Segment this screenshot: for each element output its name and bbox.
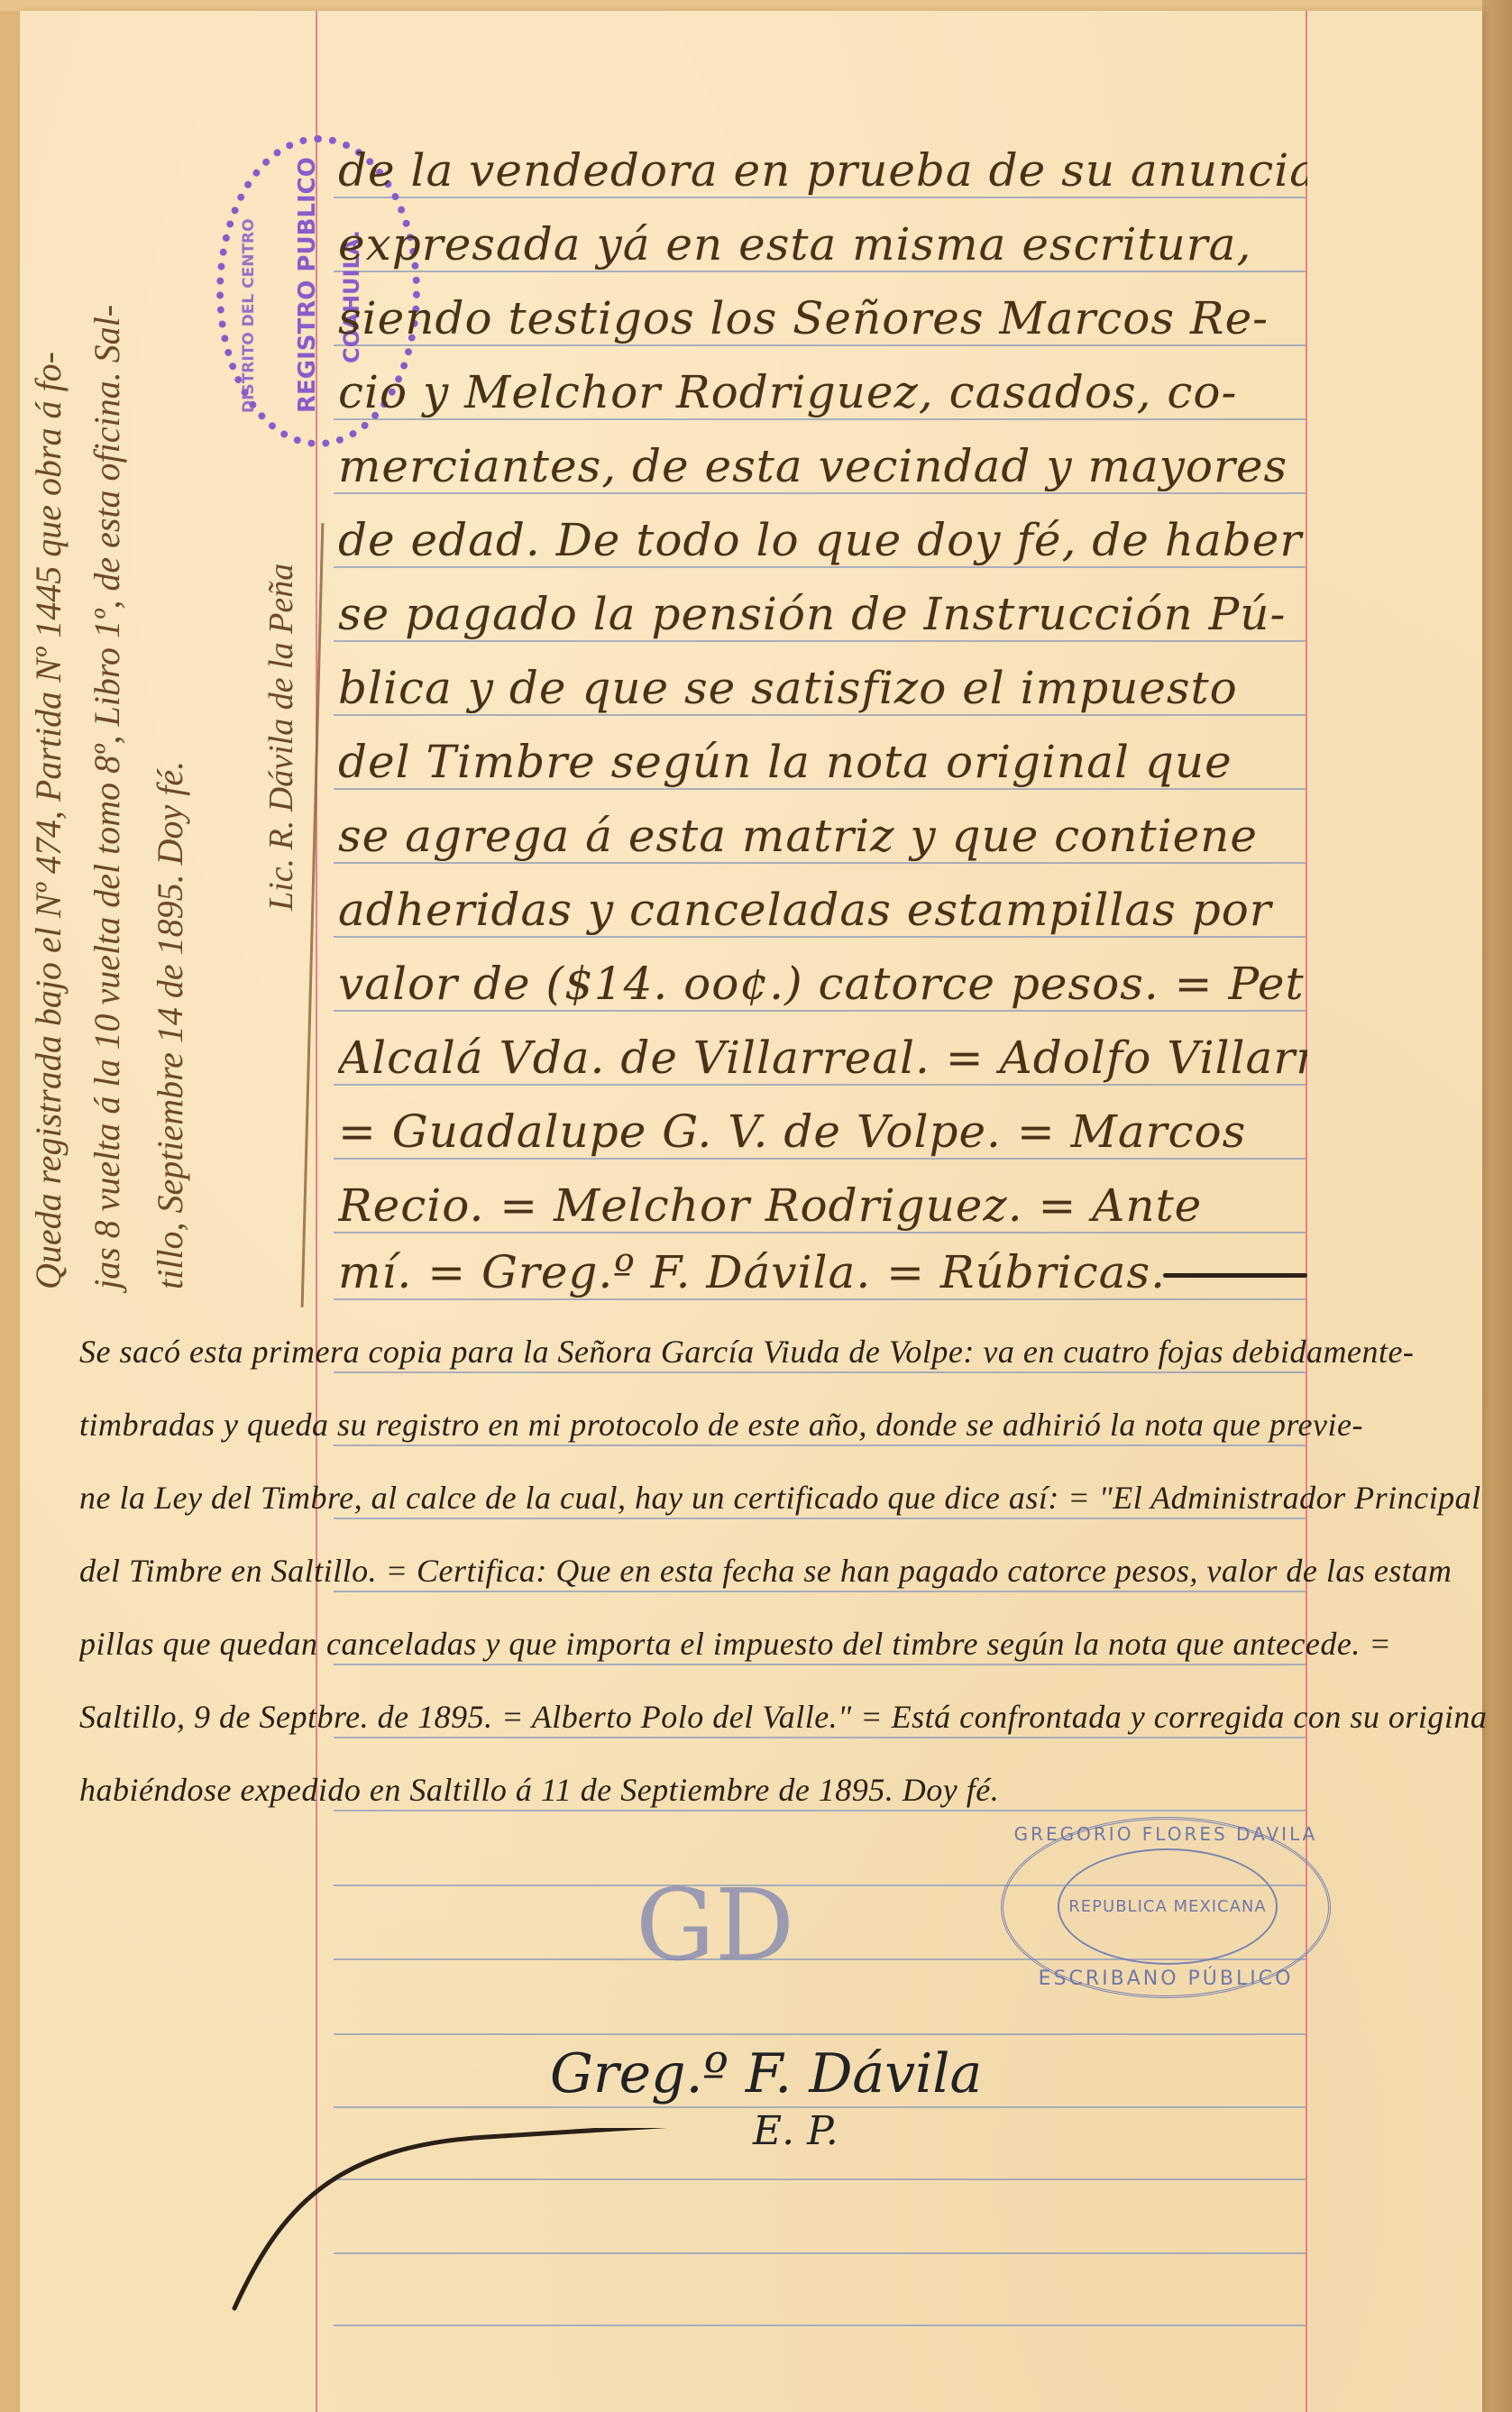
ruled-line: [334, 271, 1306, 272]
margin-note-signature: Lic. R. Dávila de la Peña: [261, 564, 301, 911]
body-line: de la vendedora en prueba de su anuncia: [338, 144, 1307, 197]
ruled-line: [334, 344, 1306, 346]
ruled-line: [334, 1084, 1306, 1086]
body-line: expresada yá en esta misma escritura,: [338, 218, 1307, 271]
notary-monogram: GD: [636, 1839, 771, 2011]
ruled-line: [334, 1737, 1306, 1738]
ruled-line: [334, 936, 1306, 938]
ruled-line: [334, 1010, 1306, 1012]
closing-line: Se sacó esta primera copia para la Señor…: [79, 1333, 1486, 1371]
ruled-line: [334, 418, 1306, 420]
ruled-line: [334, 1158, 1306, 1160]
ruled-line: [334, 1371, 1306, 1373]
ruled-line: [334, 1664, 1306, 1665]
ruled-line: [334, 492, 1306, 494]
notary-stamp-top-text: GREGORIO FLORES DAVILA: [1003, 1823, 1328, 1845]
body-line: mí. = Greg.º F. Dávila. = Rúbricas.: [338, 1246, 1307, 1298]
body-line: blica y de que se satisfizo el impuesto: [338, 662, 1307, 714]
body-line: Recio. = Melchor Rodriguez. = Ante: [338, 1179, 1307, 1232]
body-line: de edad. De todo lo que doy fé, de haber: [338, 514, 1307, 566]
closing-line: timbradas y queda su registro en mi prot…: [79, 1406, 1486, 1444]
closing-line: pillas que quedan canceladas y que impor…: [79, 1625, 1486, 1663]
margin-note-line-3: tillo, Septiembre 14 de 1895. Doy fé.: [149, 761, 191, 1289]
body-line: Alcalá Vda. de Villarreal. = Adolfo Vill…: [338, 1032, 1307, 1084]
ruled-line: [334, 1518, 1306, 1519]
body-line: del Timbre según la nota original que: [338, 736, 1307, 788]
registry-stamp-center-text: REGISTRO PUBLICO: [294, 157, 321, 413]
notary-stamp: GREGORIO FLORES DAVILA REPUBLICA MEXICAN…: [1001, 1817, 1331, 1998]
body-line: merciantes, de esta vecindad y mayores: [338, 440, 1307, 492]
notary-stamp-center: REPUBLICA MEXICANA: [1058, 1848, 1278, 1965]
closing-line: ne la Ley del Timbre, al calce de la cua…: [79, 1479, 1486, 1517]
margin-note-line-2: jas 8 vuelta á la 10 vuelta del tomo 8º,…: [86, 305, 128, 1289]
notary-signature: Greg.º F. Dávila: [550, 2042, 982, 2105]
ruled-line: [334, 2033, 1306, 2035]
ruled-line: [334, 1298, 1306, 1300]
body-line: siendo testigos los Señores Marcos Re-: [338, 292, 1307, 344]
book-edge-left: [0, 0, 20, 2412]
margin-note-line-1: Queda registrada bajo el Nº 474, Partida…: [27, 352, 69, 1289]
ruled-line: [334, 1591, 1306, 1592]
closing-line: del Timbre en Saltillo. = Certifica: Que…: [79, 1552, 1486, 1590]
ruled-line: [334, 566, 1306, 568]
body-line: se agrega á esta matriz y que contiene: [338, 810, 1307, 862]
body-line: cio y Melchor Rodriguez, casados, co-: [338, 366, 1307, 418]
notary-stamp-bottom-text: ESCRIBANO PÚBLICO: [1003, 1967, 1328, 1990]
ruled-line: [334, 640, 1306, 642]
closing-line: Saltillo, 9 de Septbre. de 1895. = Alber…: [79, 1698, 1486, 1736]
ruled-line: [334, 1444, 1306, 1446]
registry-stamp-arc-text: DISTRITO DEL CENTRO: [240, 218, 258, 413]
book-spine-right: [1482, 0, 1512, 2412]
ruled-line: [334, 197, 1306, 198]
body-line: se pagado la pensión de Instrucción Pú-: [338, 588, 1307, 640]
closing-line: habiéndose expedido en Saltillo á 11 de …: [79, 1771, 1486, 1809]
ruled-line: [334, 1810, 1306, 1811]
body-line: = Guadalupe G. V. de Volpe. = Marcos: [338, 1105, 1307, 1158]
book-edge-top: [0, 0, 1482, 11]
ruled-line: [334, 788, 1306, 790]
ruled-line: [334, 1232, 1306, 1234]
ruled-line: [334, 714, 1306, 716]
notary-stamp-center-text: REPUBLICA MEXICANA: [1068, 1897, 1266, 1916]
signature-flourish: [207, 2128, 1109, 2344]
closing-line-bar: [1163, 1273, 1307, 1278]
body-line: adheridas y canceladas estampillas por: [338, 884, 1307, 936]
body-line: valor de ($14. oo¢.) catorce pesos. = Pe…: [338, 958, 1307, 1010]
ruled-line: [334, 862, 1306, 864]
